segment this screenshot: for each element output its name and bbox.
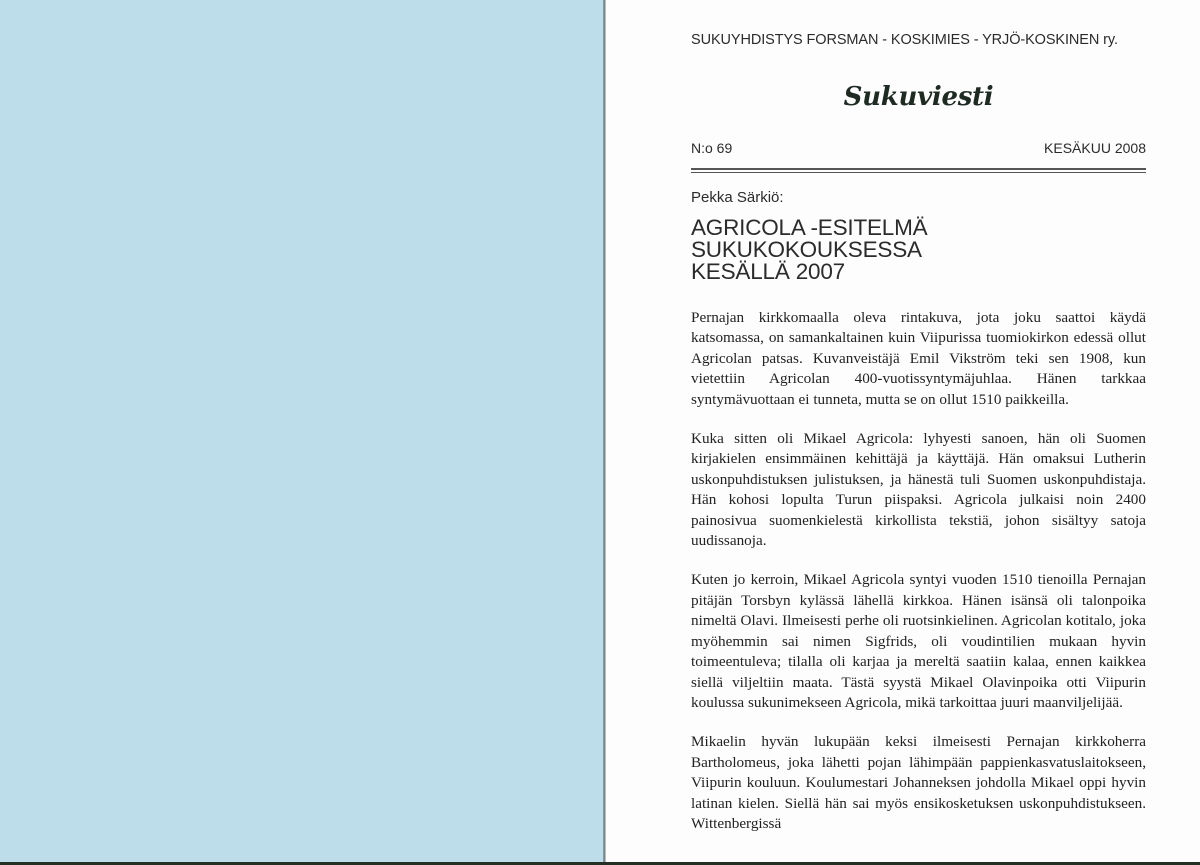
header-divider [691,168,1146,173]
article-title-line: KESÄLLÄ 2007 [691,261,1146,283]
article-paragraph: Kuten jo kerroin, Mikael Agricola syntyi… [691,570,1146,713]
organization-name: SUKUYHDISTYS FORSMAN - KOSKIMIES - YRJÖ-… [691,32,1146,48]
article-title-line: AGRICOLA -ESITELMÄ SUKUKOKOUKSESSA [691,217,1146,261]
issue-info: N:o 69 KESÄKUU 2008 [691,140,1146,156]
article-author: Pekka Särkiö: [691,189,1146,206]
page-content: SUKUYHDISTYS FORSMAN - KOSKIMIES - YRJÖ-… [691,32,1146,834]
article-paragraph: Kuka sitten oli Mikael Agricola: lyhyest… [691,429,1146,551]
booklet-spread: SUKUYHDISTYS FORSMAN - KOSKIMIES - YRJÖ-… [0,0,1200,862]
publication-title: Sukuviesti [691,82,1146,112]
article-paragraph: Pernajan kirkkomaalla oleva rintakuva, j… [691,308,1146,410]
issue-date: KESÄKUU 2008 [1044,140,1146,156]
article-title: AGRICOLA -ESITELMÄ SUKUKOKOUKSESSA KESÄL… [691,217,1146,283]
newsletter-page: SUKUYHDISTYS FORSMAN - KOSKIMIES - YRJÖ-… [606,0,1200,862]
issue-number: N:o 69 [691,140,732,156]
blank-cover-page [0,0,603,862]
article-paragraph: Mikaelin hyvän lukupään keksi ilmeisesti… [691,732,1146,834]
